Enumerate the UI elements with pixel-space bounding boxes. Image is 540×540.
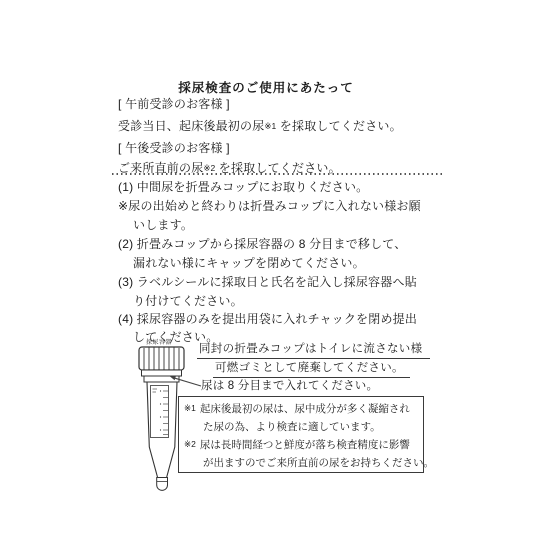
am-ref-marker: ※1 [264,121,276,131]
step-3-line2: り付けてください。 [133,293,243,309]
step-1-caution-line2: いします。 [133,217,193,233]
footnote-2-marker: ※2 [184,439,196,449]
disposal-warning-line1: 同封の折畳みコップはトイレに流さない様 [197,340,430,359]
tube-body-icon [147,382,177,490]
step-4-line1: (4) 採尿容器のみを提出用袋に入れチャックを閉め提出 [118,311,417,327]
footnote-2-line2: が出ますのでご来所直前の尿をお持ちください。 [184,455,419,473]
footnote-1-text: 起床後最初の尿は、尿中成分が多く凝縮され [200,403,410,415]
page-title: 採尿検査のご使用にあたって [118,78,414,96]
footnote-1-marker: ※1 [184,403,196,413]
disposal-warning-line2: 可燃ゴミとして廃棄してください。 [213,359,410,378]
tube-cap-icon [139,347,184,382]
pm-ref-marker: ※2 [203,163,215,173]
step-1-caution-line1: ※尿の出始めと終わりは折畳みコップに入れない様お願 [118,198,421,214]
am-instruction-tail: を採取してください。 [276,119,402,133]
footnote-1-line2: た尿の為、より検査に適しています。 [184,419,419,437]
step-2-line2: 漏れない様にキャップを閉めてください。 [133,255,365,271]
am-instruction-line: 受診当日、起床後最初の尿※1 を採取してください。 [118,118,402,134]
am-section-header: [ 午前受診のお客様 ] [118,96,230,112]
step-1: (1) 中間尿を折畳みコップにお取りください。 [118,179,368,195]
am-instruction-text: 受診当日、起床後最初の尿 [118,119,264,133]
step-3-line1: (3) ラベルシールに採取日と氏名を記入し採尿容器へ貼 [118,274,417,290]
pm-section-header: [ 午後受診のお客様 ] [118,140,230,156]
footnote-2-line1: ※2尿は長時間経つと鮮度が落ち検査精度に影響 [184,436,419,455]
footnote-1-line1: ※1起床後最初の尿は、尿中成分が多く凝縮され [184,400,419,419]
instruction-sheet: 採尿検査のご使用にあたって [ 午前受診のお客様 ] 受診当日、起床後最初の尿※… [0,0,540,540]
dotted-divider [112,173,442,175]
tube-figure-label: 採尿容器 [146,338,172,346]
step-2-line1: (2) 折畳みコップから採尿容器の 8 分目まで移して、 [118,236,406,252]
fill-level-note: 尿は 8 分目まで入れてください。 [201,377,378,393]
footnote-2-text: 尿は長時間経つと鮮度が落ち検査精度に影響 [200,439,410,451]
footnote-box: ※1起床後最初の尿は、尿中成分が多く凝縮され た尿の為、より検査に適しています。… [178,396,424,473]
